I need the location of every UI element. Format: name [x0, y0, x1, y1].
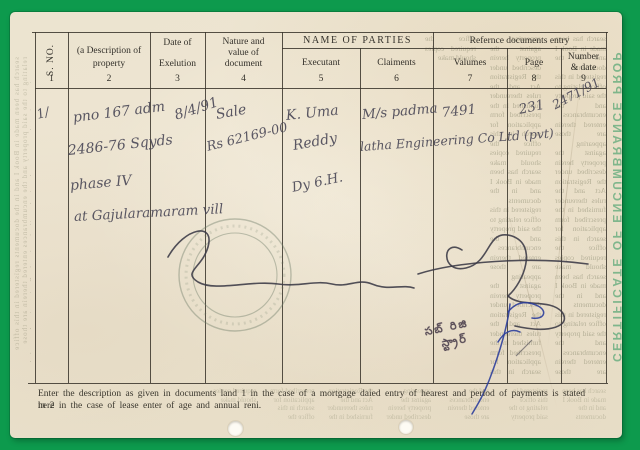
punch-hole-right	[399, 420, 413, 434]
round-office-stamp	[179, 219, 291, 331]
footer-note-line2: in 2 in the case of lease enter of age a…	[38, 400, 604, 412]
ink-overlay	[10, 12, 622, 438]
scanned-certificate-page: { "colors": { "frame_green": "#0d9a4d", …	[0, 0, 640, 450]
side-certificate-title: CERTIFICATE OF ENCUMBRANCE PROPERTY	[606, 50, 624, 362]
document-paper: search has been made in Book I and in th…	[10, 12, 622, 438]
punch-hole-left	[228, 421, 243, 436]
stray-pen-dash	[516, 340, 532, 356]
